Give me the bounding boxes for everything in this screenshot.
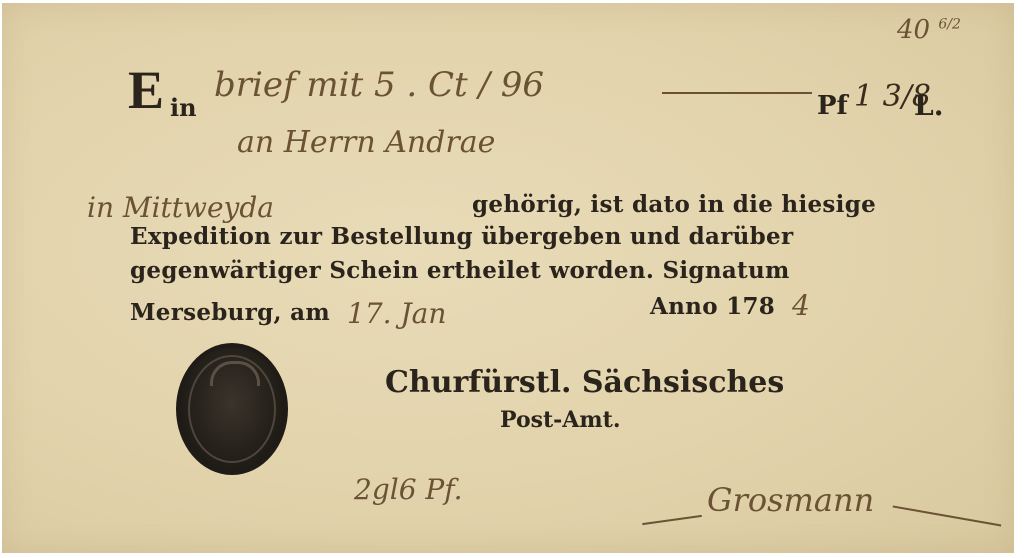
fill-line: [662, 92, 812, 94]
date-handwritten: 17. Jan: [347, 297, 446, 330]
unit-label: L.: [914, 89, 943, 122]
signature-tail: [893, 505, 1002, 526]
corner-note-main: 40: [897, 15, 930, 45]
initial-letter: E: [128, 63, 164, 117]
handwritten-item: brief mit 5 . Ct / 96: [214, 65, 544, 105]
signature-flourish: [642, 515, 702, 525]
initial-rest: in: [170, 93, 197, 122]
corner-note: 40 6/2: [897, 15, 961, 45]
place-prefix: Merseburg, am: [130, 299, 330, 326]
bottom-note: 2gl6 Pf.: [354, 473, 463, 506]
crowned-seal-icon: [176, 343, 288, 475]
year-handwritten: 4: [792, 289, 810, 322]
printed-line-3: gegenwärtiger Schein ertheilet worden. S…: [130, 257, 790, 284]
printed-line-1: gehörig, ist dato in die hiesige: [472, 191, 876, 218]
postal-receipt-document: 40 6/2 E in brief mit 5 . Ct / 96 Pf 1 3…: [2, 3, 1014, 553]
printed-line-2: Expedition zur Bestellung übergeben und …: [130, 223, 793, 250]
addressee-line-1: an Herrn Andrae: [237, 125, 495, 160]
signature: Grosmann: [707, 481, 874, 519]
addressee-line-2: in Mittweyda: [87, 191, 274, 224]
office-line-1: Churfürstl. Sächsisches: [385, 365, 784, 400]
office-line-2: Post-Amt.: [500, 407, 620, 433]
currency-label: Pf: [817, 91, 848, 121]
year-prefix: Anno 178: [650, 293, 775, 320]
corner-note-fraction: 6/2: [938, 16, 961, 32]
